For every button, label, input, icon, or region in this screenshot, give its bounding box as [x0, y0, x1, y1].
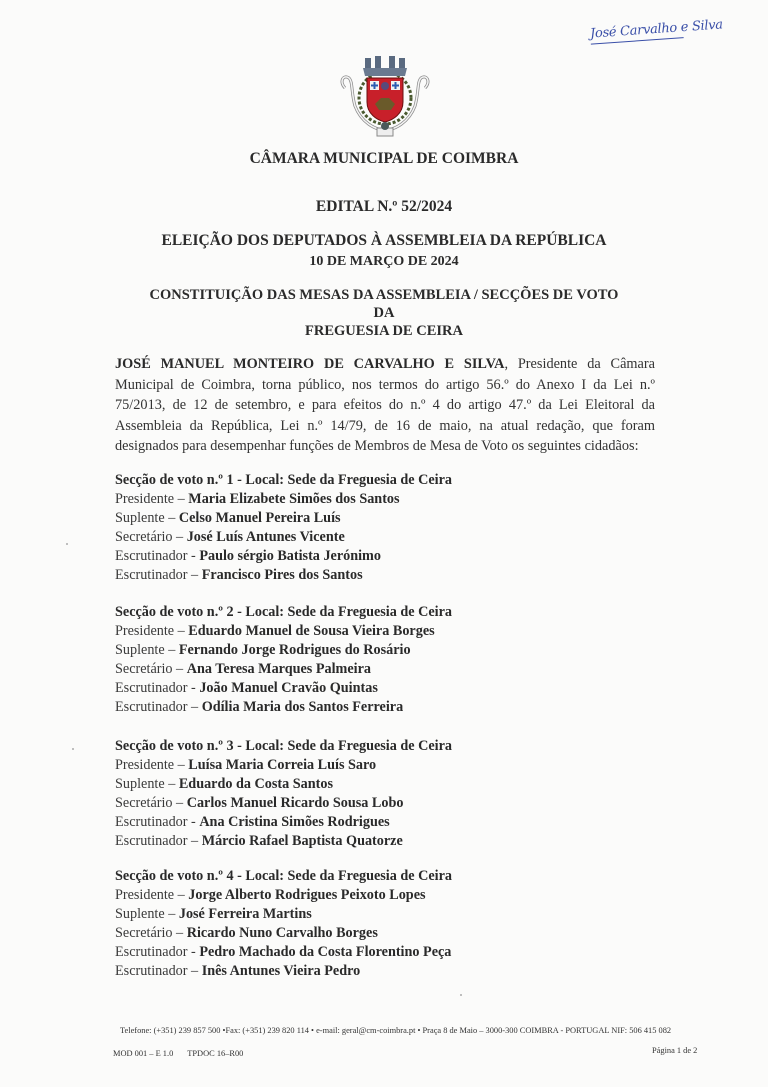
member-name: João Manuel Cravão Quintas [199, 680, 378, 696]
member-row: Escrutinador - Ana Cristina Simões Rodri… [115, 813, 675, 832]
member-name: José Ferreira Martins [179, 906, 312, 922]
member-row: Suplente – José Ferreira Martins [115, 905, 675, 924]
president-name: JOSÉ MANUEL MONTEIRO DE CARVALHO E SILVA [115, 356, 504, 372]
member-role: Presidente – [115, 757, 188, 773]
member-row: Escrutinador - Pedro Machado da Costa Fl… [115, 943, 675, 962]
member-name: Luísa Maria Correia Luís Saro [188, 757, 376, 773]
member-row: Presidente – Jorge Alberto Rodrigues Pei… [115, 886, 675, 905]
member-name: Ricardo Nuno Carvalho Borges [187, 925, 378, 941]
member-role: Escrutinador - [115, 944, 199, 960]
voting-section: Secção de voto n.º 1 - Local: Sede da Fr… [115, 471, 675, 585]
member-role: Suplente – [115, 776, 179, 792]
intro-paragraph: JOSÉ MANUEL MONTEIRO DE CARVALHO E SILVA… [115, 354, 655, 457]
member-role: Presidente – [115, 623, 188, 639]
constitution-title-line2: DA [0, 305, 768, 322]
member-role: Secretário – [115, 795, 187, 811]
member-row: Secretário – Carlos Manuel Ricardo Sousa… [115, 794, 675, 813]
footer-contact: Telefone: (+351) 239 857 500 •Fax: (+351… [120, 1026, 671, 1035]
member-name: Celso Manuel Pereira Luís [179, 510, 341, 526]
section-title: Secção de voto n.º 3 - Local: Sede da Fr… [115, 737, 675, 756]
member-role: Escrutinador – [115, 963, 202, 979]
member-role: Presidente – [115, 887, 188, 903]
member-row: Escrutinador – Inês Antunes Vieira Pedro [115, 962, 675, 981]
member-name: Carlos Manuel Ricardo Sousa Lobo [187, 795, 404, 811]
member-name: José Luís Antunes Vicente [187, 529, 345, 545]
voting-section: Secção de voto n.º 3 - Local: Sede da Fr… [115, 737, 675, 851]
member-name: Fernando Jorge Rodrigues do Rosário [179, 642, 411, 658]
member-row: Secretário – Ana Teresa Marques Palmeira [115, 660, 675, 679]
member-row: Escrutinador – Francisco Pires dos Santo… [115, 566, 675, 585]
constitution-title-line1: CONSTITUIÇÃO DAS MESAS DA ASSEMBLEIA / S… [0, 287, 768, 304]
member-role: Secretário – [115, 529, 187, 545]
election-date: 10 DE MARÇO DE 2024 [0, 254, 768, 270]
footer-doc-codes: MOD 001 – E 1.0TPDOC 16–R00 [113, 1049, 243, 1058]
member-role: Suplente – [115, 642, 179, 658]
member-role: Secretário – [115, 925, 187, 941]
member-name: Jorge Alberto Rodrigues Peixoto Lopes [188, 887, 425, 903]
member-row: Secretário – Ricardo Nuno Carvalho Borge… [115, 924, 675, 943]
scan-speck [72, 748, 74, 750]
member-name: Maria Elizabete Simões dos Santos [188, 491, 399, 507]
tpdoc-code: TPDOC 16–R00 [187, 1049, 243, 1058]
scan-speck [66, 543, 68, 545]
member-name: Odília Maria dos Santos Ferreira [202, 699, 404, 715]
member-name: Inês Antunes Vieira Pedro [202, 963, 361, 979]
member-role: Secretário – [115, 661, 187, 677]
constitution-title-line3: FREGUESIA DE CEIRA [0, 323, 768, 340]
member-name: Eduardo Manuel de Sousa Vieira Borges [188, 623, 434, 639]
member-row: Escrutinador – Odília Maria dos Santos F… [115, 698, 675, 717]
member-role: Escrutinador - [115, 548, 199, 564]
member-row: Escrutinador - Paulo sérgio Batista Jeró… [115, 547, 675, 566]
member-name: Francisco Pires dos Santos [202, 567, 363, 583]
mod-code: MOD 001 – E 1.0 [113, 1049, 173, 1058]
member-role: Escrutinador – [115, 699, 202, 715]
voting-section: Secção de voto n.º 2 - Local: Sede da Fr… [115, 603, 675, 717]
member-row: Escrutinador – Márcio Rafael Baptista Qu… [115, 832, 675, 851]
member-name: Ana Cristina Simões Rodrigues [199, 814, 389, 830]
scan-speck [460, 994, 462, 996]
member-role: Escrutinador - [115, 814, 199, 830]
member-name: Paulo sérgio Batista Jerónimo [199, 548, 381, 564]
member-row: Suplente – Eduardo da Costa Santos [115, 775, 675, 794]
member-role: Escrutinador – [115, 567, 202, 583]
institution-heading: CÂMARA MUNICIPAL DE COIMBRA [0, 150, 768, 168]
member-role: Escrutinador – [115, 833, 202, 849]
member-row: Suplente – Fernando Jorge Rodrigues do R… [115, 641, 675, 660]
member-role: Escrutinador - [115, 680, 199, 696]
member-row: Escrutinador - João Manuel Cravão Quinta… [115, 679, 675, 698]
member-name: Ana Teresa Marques Palmeira [187, 661, 371, 677]
member-row: Suplente – Celso Manuel Pereira Luís [115, 509, 675, 528]
member-role: Suplente – [115, 510, 179, 526]
member-row: Presidente – Maria Elizabete Simões dos … [115, 490, 675, 509]
section-title: Secção de voto n.º 4 - Local: Sede da Fr… [115, 867, 675, 886]
member-role: Suplente – [115, 906, 179, 922]
election-title: ELEIÇÃO DOS DEPUTADOS À ASSEMBLEIA DA RE… [0, 232, 768, 250]
member-name: Pedro Machado da Costa Florentino Peça [199, 944, 451, 960]
voting-section: Secção de voto n.º 4 - Local: Sede da Fr… [115, 867, 675, 981]
edital-number: EDITAL N.º 52/2024 [0, 198, 768, 216]
section-title: Secção de voto n.º 1 - Local: Sede da Fr… [115, 471, 675, 490]
page-number: Página 1 de 2 [652, 1046, 697, 1055]
member-row: Presidente – Luísa Maria Correia Luís Sa… [115, 756, 675, 775]
member-role: Presidente – [115, 491, 188, 507]
member-row: Secretário – José Luís Antunes Vicente [115, 528, 675, 547]
section-title: Secção de voto n.º 2 - Local: Sede da Fr… [115, 603, 675, 622]
member-row: Presidente – Eduardo Manuel de Sousa Vie… [115, 622, 675, 641]
member-name: Márcio Rafael Baptista Quatorze [202, 833, 403, 849]
handwritten-signature: José Carvalho e Silva [590, 17, 724, 41]
member-name: Eduardo da Costa Santos [179, 776, 333, 792]
coat-of-arms-icon [335, 48, 435, 140]
